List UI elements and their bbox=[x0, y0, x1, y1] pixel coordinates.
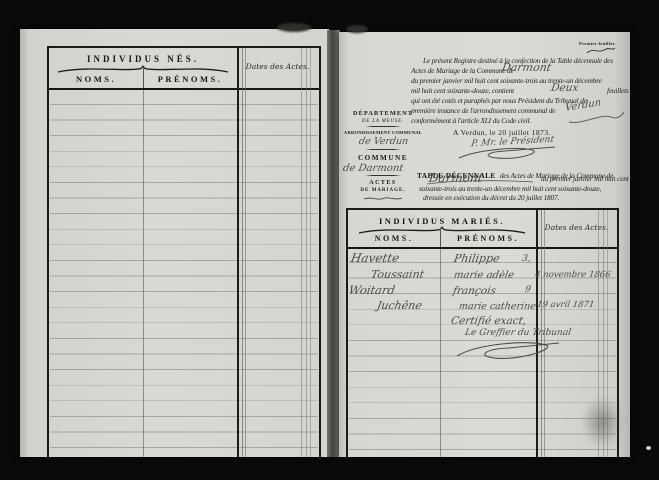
marriages-col-prenoms: PRÉNOMS. bbox=[440, 234, 536, 243]
decennale-line3: soixante-trois au trente-un décembre mil… bbox=[419, 185, 601, 193]
date-col-inner-rule bbox=[301, 48, 302, 457]
births-table: INDIVIDUS NÉS. NOMS. PRÉNOMS. Dates des … bbox=[47, 46, 321, 457]
scan-smudge bbox=[575, 388, 630, 456]
date-col-inner-rule bbox=[242, 48, 243, 457]
divider-rule bbox=[365, 175, 401, 176]
column-divider bbox=[440, 249, 441, 457]
entry-prenom: marie adèle bbox=[453, 270, 515, 281]
intro-line: conformément à l'article XLI du Code civ… bbox=[411, 117, 531, 125]
brace-ornament bbox=[358, 226, 526, 234]
actes-label: ACTES bbox=[341, 180, 425, 186]
intro-line: première instance de l'arrondissement co… bbox=[411, 107, 555, 115]
arrondissement-label: ARRONDISSEMENT COMMUNAL bbox=[341, 130, 425, 135]
entry-nom: Juchêne bbox=[376, 299, 423, 312]
divider-rule bbox=[365, 126, 401, 127]
handwritten-commune-value: de Darmont bbox=[342, 163, 404, 174]
handwritten-arrondissement-value: de Verdun bbox=[358, 136, 409, 147]
entry-acte-num: 3, bbox=[521, 254, 531, 264]
scan-artifact bbox=[277, 23, 311, 32]
actes-sub: DE MARIAGE. bbox=[341, 188, 425, 193]
header-divider bbox=[440, 228, 441, 247]
handwritten-feuillet-count: Deux bbox=[550, 82, 579, 94]
decennale-line2: du premier janvier mil huit cent bbox=[541, 175, 629, 183]
entry-nom: Toussaint bbox=[370, 268, 425, 281]
column-divider-thick bbox=[237, 48, 239, 457]
ruled-lines bbox=[50, 104, 318, 456]
entry-prenom: françois bbox=[452, 285, 497, 297]
greffier-title: Le Greffier du Tribunal bbox=[464, 328, 572, 338]
intro-line: qui ont été cotés et paraphés par nous P… bbox=[411, 97, 587, 105]
departement-label: DÉPARTEMENT bbox=[341, 110, 425, 117]
scan-speck bbox=[646, 446, 651, 450]
departement-sub: DE LA MEUSE. bbox=[341, 119, 425, 124]
entry-nom: Havette bbox=[350, 251, 401, 265]
verdun-flourish bbox=[567, 111, 625, 125]
divider-rule bbox=[365, 149, 401, 150]
births-col-noms: NOMS. bbox=[49, 74, 143, 84]
marriages-table-header: INDIVIDUS MARIÉS. NOMS. PRÉNOMS. Dates d… bbox=[348, 210, 617, 249]
marriages-col-dates: Dates des Actes. bbox=[536, 223, 617, 232]
marriages-col-noms: NOMS. bbox=[348, 234, 440, 243]
margin-squiggle bbox=[363, 195, 403, 202]
date-col-inner-rule bbox=[306, 48, 307, 457]
date-col-inner-rule bbox=[245, 48, 246, 457]
intro-line: Actes de Mariage de la Commune de bbox=[411, 67, 514, 75]
intro-line: mil huit cent soixante-douze, contient bbox=[411, 87, 514, 95]
scanned-register-spread: INDIVIDUS NÉS. NOMS. PRÉNOMS. Dates des … bbox=[0, 0, 659, 480]
president-signature-flourish bbox=[455, 145, 559, 163]
entry-prenom: Philippe bbox=[453, 252, 501, 265]
date-col-inner-rule bbox=[310, 48, 311, 457]
entry-nom: Woitard bbox=[348, 283, 396, 297]
scan-artifact bbox=[346, 25, 368, 33]
column-divider bbox=[143, 90, 144, 457]
births-table-header: INDIVIDUS NÉS. NOMS. PRÉNOMS. Dates des … bbox=[49, 48, 319, 90]
births-table-title: INDIVIDUS NÉS. bbox=[49, 54, 237, 64]
births-col-prenoms: PRÉNOMS. bbox=[143, 74, 237, 84]
corner-flourish bbox=[586, 46, 616, 55]
greffier-signature-flourish bbox=[449, 339, 564, 363]
marriages-table-title: INDIVIDUS MARIÉS. bbox=[348, 216, 536, 226]
handwritten-commune: Darmont bbox=[501, 61, 552, 74]
entry-prenom: marie catherine bbox=[458, 301, 537, 312]
decennale-line4: dressée en exécution du décret du 20 jui… bbox=[423, 194, 559, 202]
entry-date: 19 avril 1871 bbox=[536, 300, 595, 310]
commune-label: COMMUNE bbox=[341, 154, 425, 162]
entry-date: 4 novembre 1866 bbox=[534, 270, 611, 280]
intro-line-end: feuillets bbox=[607, 87, 629, 95]
certification-note: Certifié exact, bbox=[450, 315, 527, 327]
header-divider bbox=[143, 67, 144, 88]
left-page: INDIVIDUS NÉS. NOMS. PRÉNOMS. Dates des … bbox=[20, 29, 329, 457]
